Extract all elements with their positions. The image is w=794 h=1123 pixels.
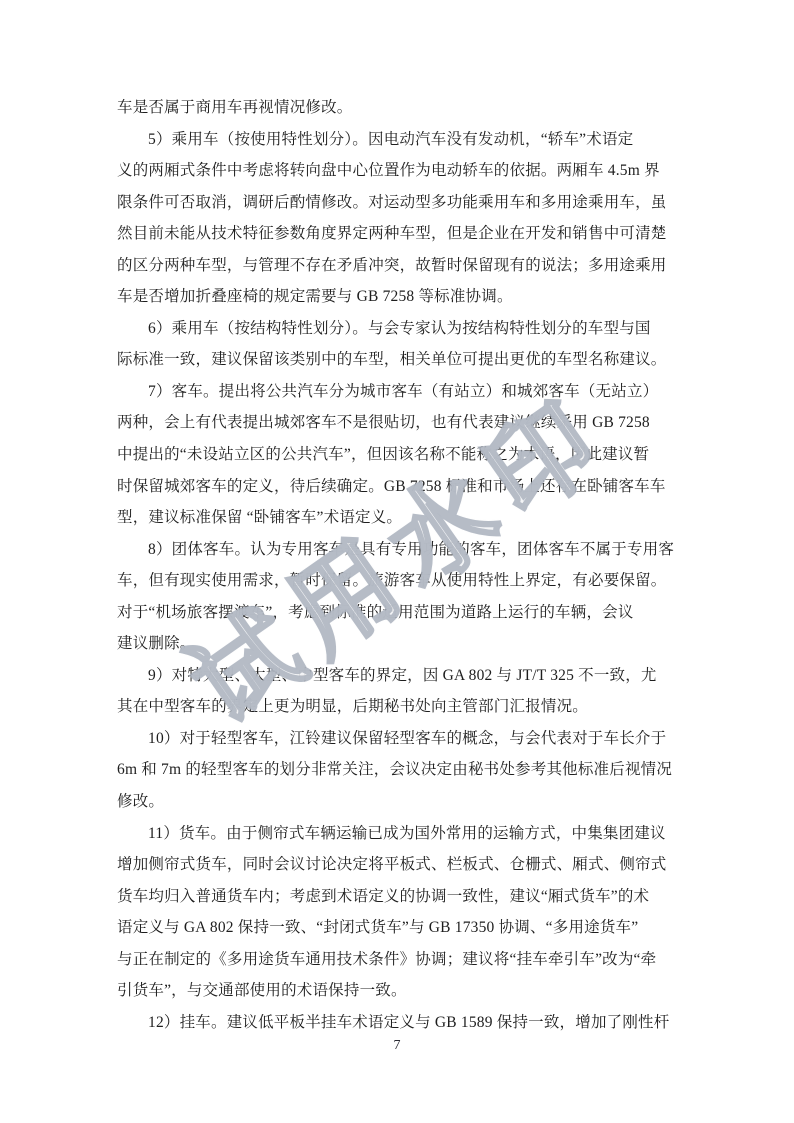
text-line: 7）客车。提出将公共汽车分为城市客车（有站立）和城郊客车（无站立） bbox=[117, 376, 683, 408]
document-page: 试用水印 车是否属于商用车再视情况修改。5）乘用车（按使用特性划分）。因电动汽车… bbox=[0, 0, 794, 1123]
text-line: 8）团体客车。认为专用客车是具有专用功能的客车，团体客车不属于专用客 bbox=[117, 534, 683, 566]
text-line: 6m 和 7m 的轻型客车的划分非常关注，会议决定由秘书处参考其他标准后视情况 bbox=[117, 754, 683, 786]
text-line: 增加侧帘式货车，同时会议讨论决定将平板式、栏板式、仓栅式、厢式、侧帘式 bbox=[117, 849, 683, 881]
text-line: 限条件可否取消，调研后酌情修改。对运动型多功能乘用车和多用途乘用车，虽 bbox=[117, 187, 683, 219]
text-line: 建议删除。 bbox=[117, 628, 683, 660]
text-line: 型，建议标准保留 “卧铺客车”术语定义。 bbox=[117, 502, 683, 534]
text-line: 货车均归入普通货车内；考虑到术语定义的协调一致性，建议“厢式货车”的术 bbox=[117, 881, 683, 913]
text-line: 的区分两种车型，与管理不存在矛盾冲突，故暂时保留现有的说法；多用途乘用 bbox=[117, 250, 683, 282]
text-line: 中提出的“未设站立区的公共汽车”，但因该名称不能称之为术语，因此建议暂 bbox=[117, 439, 683, 471]
text-line: 11）货车。由于侧帘式车辆运输已成为国外常用的运输方式，中集集团建议 bbox=[117, 818, 683, 850]
text-line: 车，但有现实使用需求，暂时保留。旅游客车从使用特性上界定，有必要保留。 bbox=[117, 565, 683, 597]
text-line: 时保留城郊客车的定义，待后续确定。GB 7258 标准和市场上还存在卧铺客车车 bbox=[117, 471, 683, 503]
text-line: 12）挂车。建议低平板半挂车术语定义与 GB 1589 保持一致，增加了刚性杆 bbox=[117, 1007, 683, 1039]
text-line: 车是否增加折叠座椅的规定需要与 GB 7258 等标准协调。 bbox=[117, 281, 683, 313]
page-number: 7 bbox=[0, 1038, 794, 1054]
text-line: 5）乘用车（按使用特性划分）。因电动汽车没有发动机，“轿车”术语定 bbox=[117, 124, 683, 156]
text-line: 修改。 bbox=[117, 786, 683, 818]
text-line: 际标准一致，建议保留该类别中的车型，相关单位可提出更优的车型名称建议。 bbox=[117, 344, 683, 376]
text-line: 义的两厢式条件中考虑将转向盘中心位置作为电动轿车的依据。两厢车 4.5m 界 bbox=[117, 155, 683, 187]
text-line: 语定义与 GA 802 保持一致、“封闭式货车”与 GB 17350 协调、“多… bbox=[117, 912, 683, 944]
text-line: 与正在制定的《多用途货车通用技术条件》协调；建议将“挂车牵引车”改为“牵 bbox=[117, 944, 683, 976]
text-line: 对于“机场旅客摆渡车”，考虑到标准的适用范围为道路上运行的车辆，会议 bbox=[117, 597, 683, 629]
text-line: 其在中型客车的界定上更为明显，后期秘书处向主管部门汇报情况。 bbox=[117, 691, 683, 723]
text-line: 两种，会上有代表提出城郊客车不是很贴切，也有代表建议继续采用 GB 7258 bbox=[117, 407, 683, 439]
text-line: 车是否属于商用车再视情况修改。 bbox=[117, 92, 683, 124]
text-line: 引货车”，与交通部使用的术语保持一致。 bbox=[117, 975, 683, 1007]
text-line: 10）对于轻型客车，江铃建议保留轻型客车的概念，与会代表对于车长介于 bbox=[117, 723, 683, 755]
text-line: 9）对特大型、大型、中型客车的界定，因 GA 802 与 JT/T 325 不一… bbox=[117, 660, 683, 692]
document-body-text: 车是否属于商用车再视情况修改。5）乘用车（按使用特性划分）。因电动汽车没有发动机… bbox=[117, 92, 683, 1038]
text-line: 然目前未能从技术特征参数角度界定两种车型，但是企业在开发和销售中可清楚 bbox=[117, 218, 683, 250]
text-line: 6）乘用车（按结构特性划分）。与会专家认为按结构特性划分的车型与国 bbox=[117, 313, 683, 345]
